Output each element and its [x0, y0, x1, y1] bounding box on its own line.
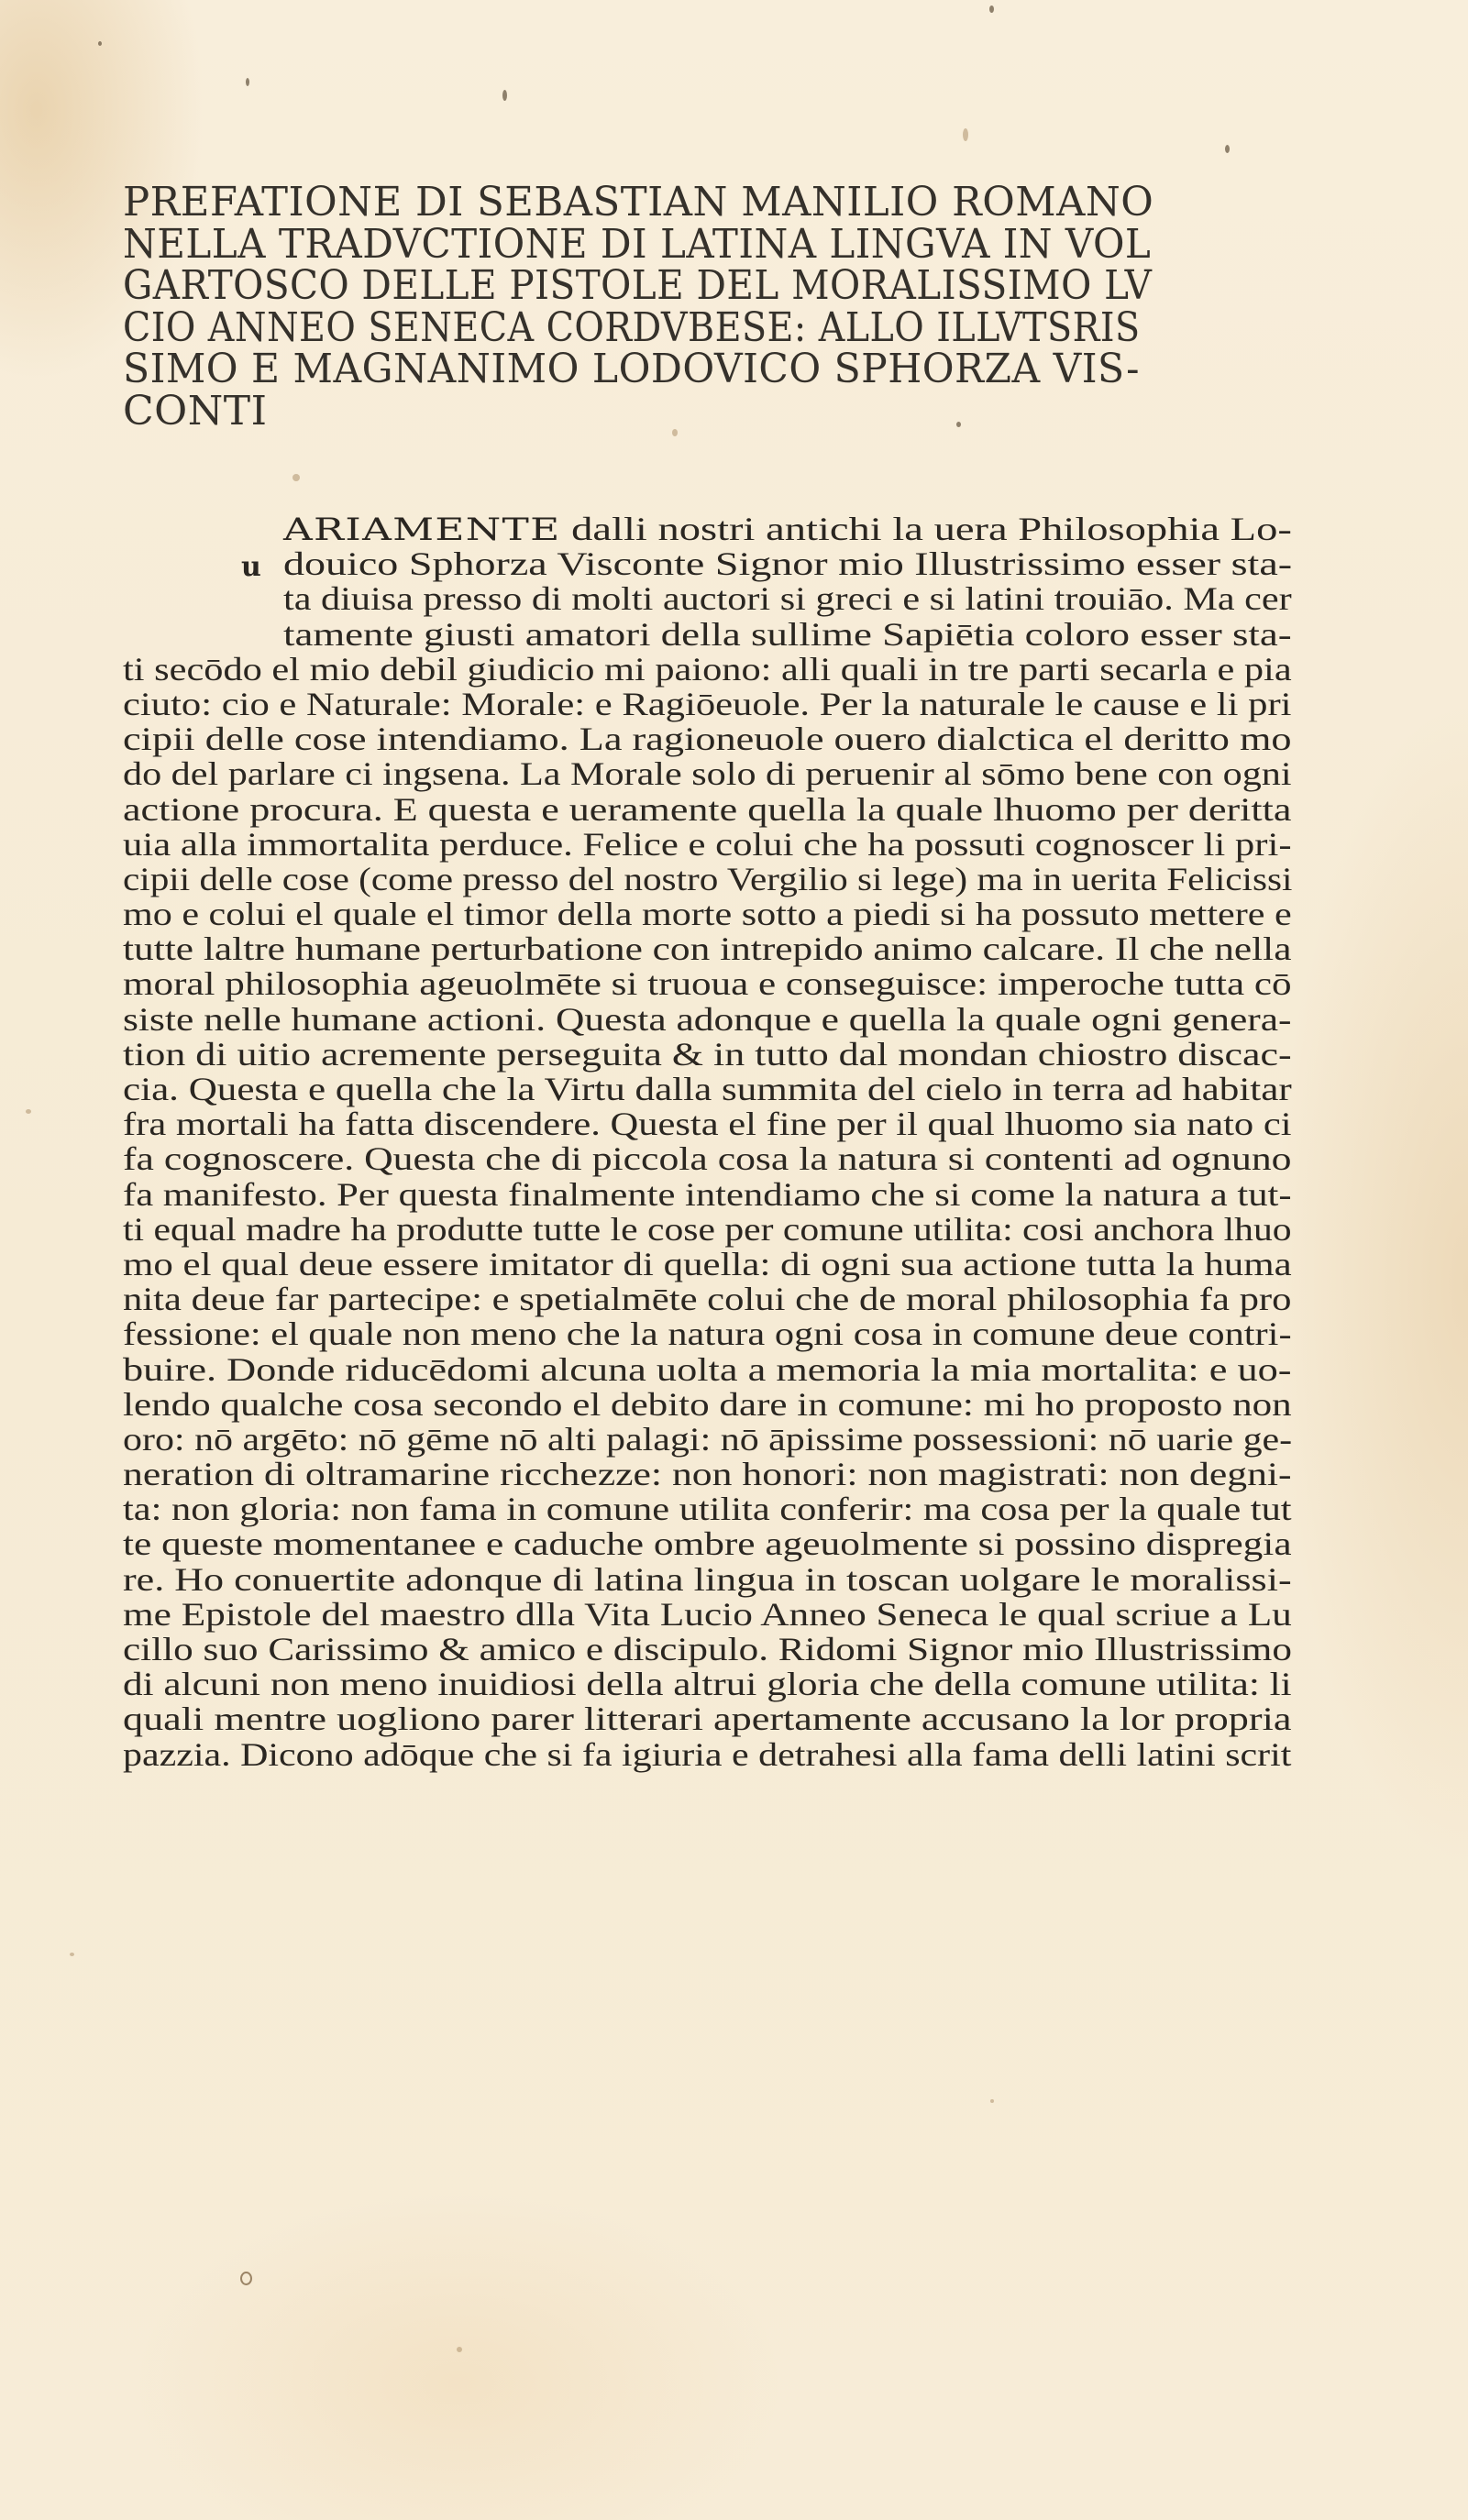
- body-line: ti secōdo el mio debil giudicio mi paion…: [123, 652, 1292, 687]
- body-line: moral philosophia ageuolmēte si truoua e…: [123, 966, 1292, 1001]
- body-line: tamente giusti amatori della sullime Sap…: [123, 617, 1292, 652]
- paper-speck: [26, 1109, 31, 1114]
- heading-line: GARTOSCO DELLE PISTOLE DEL MORALISSIMO L…: [123, 265, 1169, 307]
- heading-line: SIMO E MAGNANIMO LODOVICO SPHORZA VIS-: [123, 348, 1220, 391]
- paper-speck: [989, 6, 994, 13]
- body-line: cillo suo Carissimo & amico e discipulo.…: [123, 1632, 1292, 1667]
- opening-word: ARIAMENTE: [283, 512, 561, 548]
- heading-line: CONTI: [123, 391, 1260, 433]
- body-line: buire. Donde riducēdomi alcuna uolta a m…: [123, 1352, 1292, 1387]
- body-line: quali mentre uogliono parer litterari ap…: [123, 1701, 1292, 1736]
- heading-line: PREFATIONE DI SEBASTIAN MANILIO ROMANO: [123, 182, 1242, 224]
- body-line: ta: non gloria: non fama in comune utili…: [123, 1491, 1292, 1526]
- body-line: fessione: el quale non meno che la natur…: [123, 1316, 1292, 1351]
- body-line: pazzia. Dicono adōque che si fa igiuria …: [123, 1737, 1292, 1772]
- body-line: ta diuisa presso di molti auctori si gre…: [123, 581, 1292, 616]
- paper-speck: [457, 2347, 462, 2352]
- heading-line: CIO ANNEO SENECA CORDVBESE: ALLO ILLVTSR…: [123, 307, 1146, 349]
- body-line: nita deue far partecipe: e spetialmēte c…: [123, 1282, 1292, 1316]
- body-line: douico Sphorza Visconte Signor mio Illus…: [123, 546, 1292, 581]
- paper-page: PREFATIONE DI SEBASTIAN MANILIO ROMANO N…: [0, 0, 1468, 2520]
- paper-speck: [963, 128, 968, 141]
- wormhole-mark: [240, 2272, 252, 2285]
- paper-speck: [990, 2099, 994, 2103]
- body-line: tutte laltre humane perturbatione con in…: [123, 931, 1292, 966]
- body-line: actione procura. E questa e ueramente qu…: [123, 792, 1292, 827]
- body-line: siste nelle humane actioni. Questa adonq…: [123, 1002, 1292, 1037]
- body-line: neration di oltramarine ricchezze: non h…: [123, 1457, 1292, 1491]
- heading-line: NELLA TRADVCTIONE DI LATINA LINGVA IN VO…: [123, 224, 1209, 266]
- paper-speck: [502, 90, 507, 101]
- body-line: fra mortali ha fatta discendere. Questa …: [123, 1106, 1292, 1141]
- body-line: uia alla immortalita perduce. Felice e c…: [123, 827, 1292, 862]
- body-line: ciuto: cio e Naturale: Morale: e Ragiōeu…: [123, 687, 1292, 721]
- paper-speck: [1225, 145, 1230, 153]
- body-line: me Epistole del maestro dlla Vita Lucio …: [123, 1597, 1292, 1632]
- body-line: ti equal madre ha produtte tutte le cose…: [123, 1212, 1292, 1247]
- body-line: cipii delle cose (come presso del nostro…: [123, 862, 1292, 897]
- body-line: do del parlare ci ingsena. La Morale sol…: [123, 756, 1292, 791]
- body-line: mo e colui el quale el timor della morte…: [123, 897, 1292, 931]
- body-line: cia. Questa e quella che la Virtu dalla …: [123, 1072, 1292, 1106]
- paper-speck: [70, 1953, 74, 1956]
- body-line: fa cognoscere. Questa che di piccola cos…: [123, 1141, 1292, 1176]
- body-line: tion di uitio acremente perseguita & in …: [123, 1037, 1292, 1072]
- body-line: lendo qualche cosa secondo el debito dar…: [123, 1387, 1292, 1422]
- body-line: te queste momentanee e caduche ombre age…: [123, 1526, 1292, 1561]
- paper-speck: [246, 78, 249, 86]
- body-line: mo el qual deue essere imitator di quell…: [123, 1247, 1292, 1282]
- body-line: oro: nō argēto: nō gēme nō alti palagi: …: [123, 1422, 1292, 1457]
- body-line: cipii delle cose intendiamo. La ragioneu…: [123, 721, 1292, 756]
- paper-speck: [98, 41, 102, 46]
- body-line: fa manifesto. Per questa finalmente inte…: [123, 1177, 1292, 1212]
- preface-heading: PREFATIONE DI SEBASTIAN MANILIO ROMANO N…: [123, 182, 1260, 432]
- body-line: ARIAMENTE dalli nostri antichi la uera P…: [123, 512, 1292, 546]
- paper-speck: [292, 474, 300, 481]
- preface-body: ARIAMENTE dalli nostri antichi la uera P…: [123, 512, 1292, 1772]
- body-line: di alcuni non meno inuidiosi della altru…: [123, 1667, 1292, 1701]
- body-line: re. Ho conuertite adonque di latina ling…: [123, 1562, 1292, 1597]
